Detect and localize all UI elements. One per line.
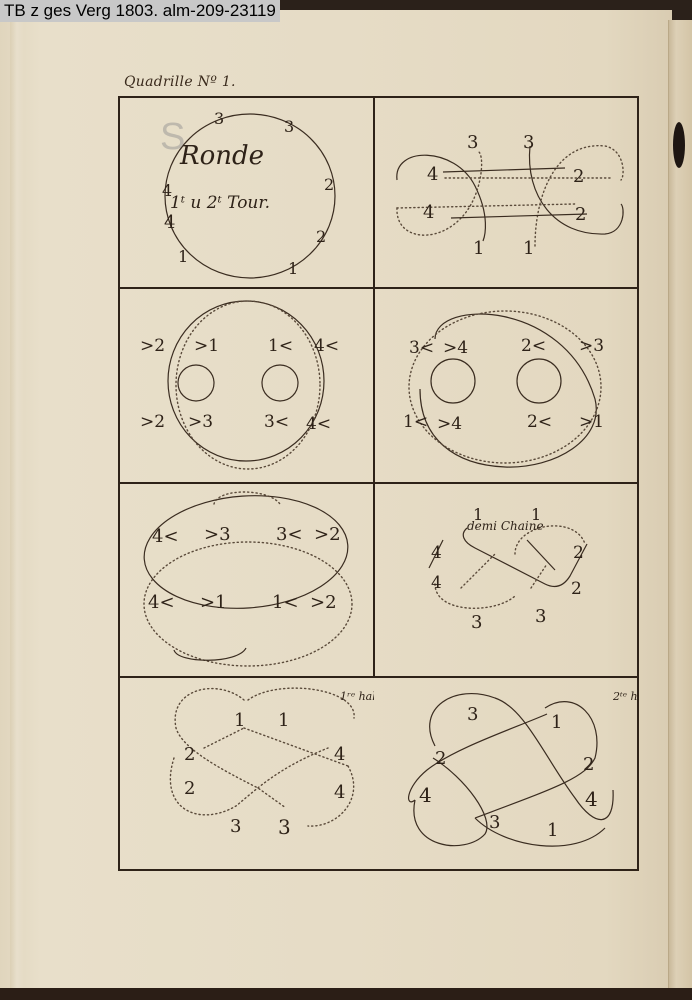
figure-first-half: 1ʳᵉ halbe. 1 1 2 4 2 4 3 3 (118, 678, 374, 871)
dancer-label: 1 (473, 238, 484, 259)
figure-ronde: Ronde 1ᵗ u 2ᵗ Tour. 3 3 4 2 4 2 1 1 (118, 96, 374, 288)
page-edge-shading (10, 10, 24, 988)
dancer-label: 1 (278, 710, 289, 731)
dancer-label: 4< (306, 414, 331, 434)
dancer-label: 2< (527, 412, 552, 432)
dancer-label: 4 (419, 783, 432, 807)
figure-heading: Ronde (179, 141, 264, 171)
figure-5: 4< >3 3< >2 4< >1 1< >2 (118, 484, 374, 677)
dancer-label: 4 (334, 782, 345, 803)
image-caption: TB z ges Verg 1803. alm-209-23119 (0, 0, 280, 22)
dancer-label: 4 (423, 202, 434, 223)
dancer-label: 3 (489, 812, 500, 833)
dancer-label: 2 (573, 543, 584, 563)
figure-4: 3< >4 2< >3 1< >4 2< >1 (375, 289, 639, 483)
dancer-label: 3 (278, 815, 291, 839)
dancer-label: 3 (230, 816, 241, 837)
dancer-label: 3 (467, 704, 478, 725)
dancer-label: 3< (409, 338, 434, 358)
dancer-label: 1< (268, 336, 293, 356)
dancer-label: 2 (184, 778, 195, 799)
watermark: S (160, 116, 185, 159)
dancer-label: 1 (523, 238, 534, 259)
dancer-label: 3< (276, 524, 303, 545)
page-title: Quadrille Nº 1. (124, 74, 236, 90)
dancer-label: 2 (575, 204, 586, 225)
dancer-label: 1< (403, 412, 428, 432)
dancer-label: 1 (531, 505, 541, 524)
dancer-label: >2 (140, 336, 165, 356)
dancer-label: 2 (583, 754, 594, 775)
dancer-label: >2 (314, 524, 341, 545)
dancer-label: 4 (162, 181, 172, 200)
dancer-label: >3 (579, 336, 604, 356)
figure-caption: 1ʳᵉ halbe. (340, 690, 374, 703)
dancer-label: 3 (467, 132, 478, 153)
dancer-label: 4< (148, 592, 175, 613)
figure-grid: Ronde 1ᵗ u 2ᵗ Tour. 3 3 4 2 4 2 1 1 3 3 … (118, 96, 639, 871)
dancer-label: 4 (334, 744, 345, 765)
figure-subheading: 1ᵗ u 2ᵗ Tour. (170, 193, 270, 213)
figure-caption: 2ᵗᵉ halbe. (612, 690, 639, 703)
dancer-label: 1 (551, 712, 562, 733)
binding-mark (673, 122, 685, 168)
dancer-label: 1 (178, 247, 188, 266)
dancer-label: >4 (443, 338, 468, 358)
figure-2: 3 3 4 2 4 2 1 1 (375, 96, 639, 288)
dancer-label: >1 (579, 412, 604, 432)
dancer-label: 3 (214, 109, 224, 128)
dancer-label: 2 (184, 744, 195, 765)
dancer-label: 3< (264, 412, 289, 432)
dancer-label: 4 (431, 543, 442, 563)
dancer-label: 1< (272, 592, 299, 613)
dancer-label: 1 (288, 259, 298, 278)
dancer-label: >2 (140, 412, 165, 432)
dancer-label: 1 (547, 820, 558, 841)
figure-3: >2 >1 1< 4< >2 >3 3< 4< (118, 289, 374, 483)
scan-background (0, 988, 692, 1000)
dancer-label: 3 (535, 606, 546, 627)
dancer-label: 2 (316, 227, 326, 246)
dancer-label: 4 (164, 212, 175, 233)
dancer-label: 3 (471, 612, 482, 633)
dancer-label: 3 (523, 132, 534, 153)
dancer-label: 3 (284, 117, 294, 136)
dancer-label: >3 (188, 412, 213, 432)
figure-demi-chaine: demi Chaine 1 1 4 2 4 2 3 3 (375, 484, 639, 677)
dancer-label: >1 (200, 592, 227, 613)
dancer-label: 2 (571, 579, 582, 599)
dancer-label: 1 (473, 505, 483, 524)
dancer-label: >1 (194, 336, 219, 356)
dancer-label: 2 (324, 175, 334, 194)
dancer-label: 4 (431, 573, 442, 593)
dancer-label: 4< (152, 526, 179, 547)
dancer-label: 1 (234, 710, 245, 731)
dancer-label: 2< (521, 336, 546, 356)
figure-second-half: 2ᵗᵉ halbe. 3 1 2 2 4 4 3 1 (375, 678, 639, 871)
dancer-label: 2 (435, 748, 446, 769)
dancer-label: 4< (314, 336, 339, 356)
dancer-label: 4 (427, 164, 438, 185)
dancer-label: >2 (310, 592, 337, 613)
dancer-label: >4 (437, 414, 462, 434)
dancer-label: 2 (573, 166, 584, 187)
dancer-label: >3 (204, 524, 231, 545)
dancer-label: 4 (585, 787, 598, 811)
